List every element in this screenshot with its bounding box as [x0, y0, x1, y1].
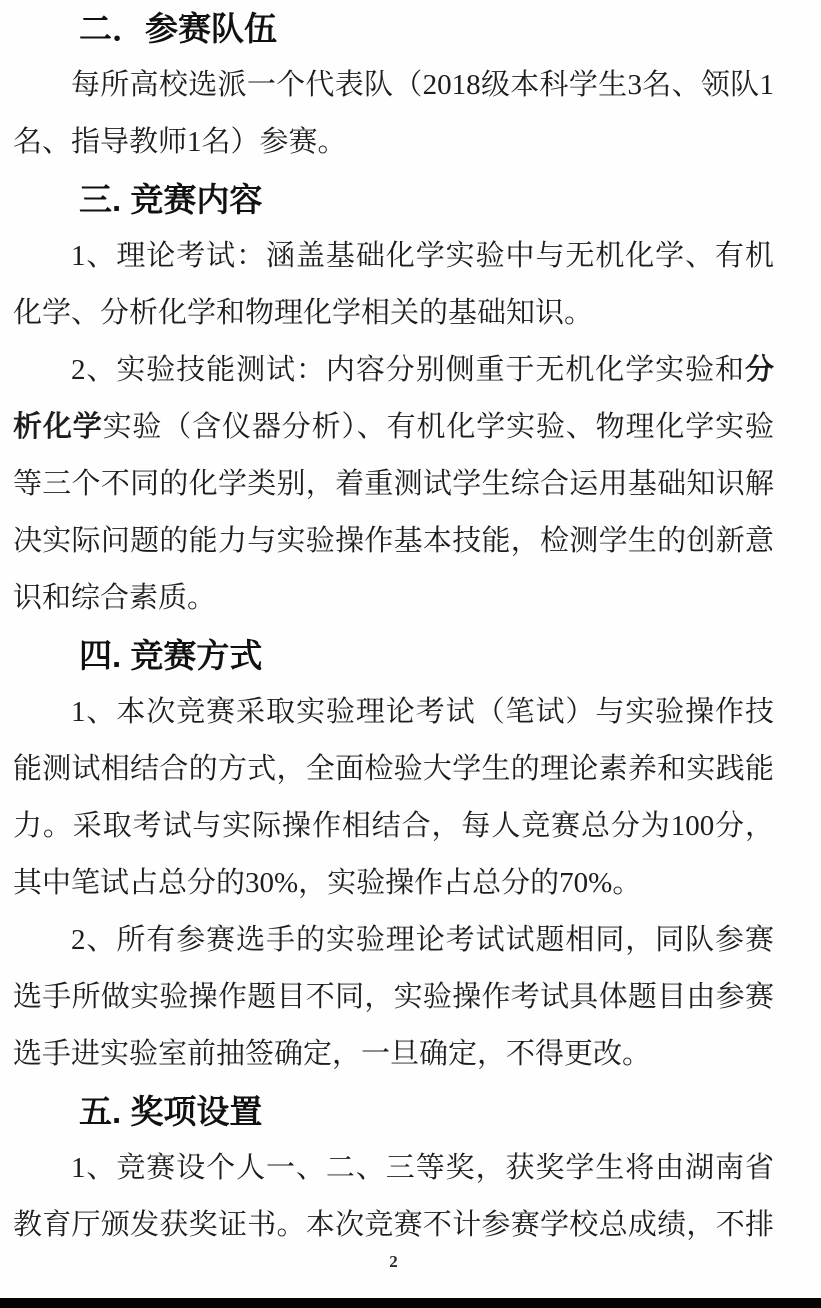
text-segment: 能测试相结合的方式，全面检验大学生的理论素养和实践能 — [13, 753, 774, 785]
text-line: 化学、分析化学和物理化学相关的基础知识。 — [13, 285, 774, 342]
text-segment: 力。采取考试与实际操作相结合，每人竞赛总分为100分， — [13, 810, 774, 842]
text-segment: 选手所做实验操作题目不同，实验操作考试具体题目由参赛 — [13, 981, 774, 1013]
text-segment: 1、竞赛设个人一、二、三等奖，获奖学生将由湖南省 — [71, 1152, 774, 1184]
text-line: 决实际问题的能力与实验操作基本技能，检测学生的创新意 — [13, 513, 774, 570]
document-page: 二．参赛队伍 每所高校选派一个代表队（2018级本科学生3名、领队1 名、指导教… — [0, 0, 821, 1308]
bold-text-segment: 分 — [745, 354, 774, 386]
page-number: 2 — [13, 1252, 774, 1272]
text-line: 1、理论考试：涵盖基础化学实验中与无机化学、有机 — [13, 228, 774, 285]
document-content: 二．参赛队伍 每所高校选派一个代表队（2018级本科学生3名、领队1 名、指导教… — [0, 0, 821, 1254]
text-line: 识和综合素质。 — [13, 570, 774, 627]
paragraph-question-assignment: 2、所有参赛选手的实验理论考试试题相同，同队参赛 选手所做实验操作题目不同，实验… — [13, 912, 774, 1083]
text-line: 其中笔试占总分的30%，实验操作占总分的70%。 — [13, 855, 774, 912]
text-segment: 2、所有参赛选手的实验理论考试试题相同，同队参赛 — [71, 924, 774, 956]
page-bottom-scan-edge — [0, 1298, 821, 1308]
heading-participating-teams: 二．参赛队伍 — [13, 0, 774, 57]
text-segment: 识和综合素质。 — [13, 582, 216, 614]
text-segment: 2、实验技能测试：内容分别侧重于无机化学实验和 — [71, 354, 745, 386]
text-line: 选手进实验室前抽签确定，一旦确定，不得更改。 — [13, 1026, 774, 1083]
text-line: 名、指导教师1名）参赛。 — [13, 114, 774, 171]
paragraph-theory-exam: 1、理论考试：涵盖基础化学实验中与无机化学、有机 化学、分析化学和物理化学相关的… — [13, 228, 774, 342]
text-line: 每所高校选派一个代表队（2018级本科学生3名、领队1 — [13, 57, 774, 114]
paragraph-team-composition: 每所高校选派一个代表队（2018级本科学生3名、领队1 名、指导教师1名）参赛。 — [13, 57, 774, 171]
text-line: 教育厅颁发获奖证书。本次竞赛不计参赛学校总成绩，不排 — [13, 1197, 774, 1254]
text-segment: 1、本次竞赛采取实验理论考试（笔试）与实验操作技 — [71, 696, 774, 728]
text-line: 1、竞赛设个人一、二、三等奖，获奖学生将由湖南省 — [13, 1140, 774, 1197]
text-segment: 1、理论考试：涵盖基础化学实验中与无机化学、有机 — [71, 240, 774, 272]
text-segment: 化学、分析化学和物理化学相关的基础知识。 — [13, 297, 593, 329]
paragraph-skill-test: 2、实验技能测试：内容分别侧重于无机化学实验和分 析化学实验（含仪器分析）、有机… — [13, 342, 774, 627]
text-segment: 名、指导教师1名）参赛。 — [13, 126, 347, 158]
text-segment: 选手进实验室前抽签确定，一旦确定，不得更改。 — [13, 1038, 651, 1070]
heading-competition-content: 三. 竞赛内容 — [13, 171, 774, 228]
paragraph-awards: 1、竞赛设个人一、二、三等奖，获奖学生将由湖南省 教育厅颁发获奖证书。本次竞赛不… — [13, 1140, 774, 1254]
heading-awards: 五. 奖项设置 — [13, 1083, 774, 1140]
paragraph-exam-format: 1、本次竞赛采取实验理论考试（笔试）与实验操作技 能测试相结合的方式，全面检验大… — [13, 684, 774, 912]
text-line: 2、所有参赛选手的实验理论考试试题相同，同队参赛 — [13, 912, 774, 969]
text-segment: 教育厅颁发获奖证书。本次竞赛不计参赛学校总成绩，不排 — [13, 1209, 774, 1241]
text-segment: 实验（含仪器分析）、有机化学实验、物理化学实验 — [103, 411, 774, 443]
text-line: 1、本次竞赛采取实验理论考试（笔试）与实验操作技 — [13, 684, 774, 741]
bold-text-segment: 析化学 — [13, 411, 103, 443]
heading-competition-format: 四. 竞赛方式 — [13, 627, 774, 684]
text-line: 力。采取考试与实际操作相结合，每人竞赛总分为100分， — [13, 798, 774, 855]
text-segment: 决实际问题的能力与实验操作基本技能，检测学生的创新意 — [13, 525, 774, 557]
text-segment: 每所高校选派一个代表队（2018级本科学生3名、领队1 — [71, 69, 774, 101]
text-line: 能测试相结合的方式，全面检验大学生的理论素养和实践能 — [13, 741, 774, 798]
text-line: 析化学实验（含仪器分析）、有机化学实验、物理化学实验 — [13, 399, 774, 456]
text-segment: 等三个不同的化学类别，着重测试学生综合运用基础知识解 — [13, 468, 774, 500]
text-segment: 其中笔试占总分的30%，实验操作占总分的70%。 — [13, 867, 641, 899]
text-line: 等三个不同的化学类别，着重测试学生综合运用基础知识解 — [13, 456, 774, 513]
text-line: 选手所做实验操作题目不同，实验操作考试具体题目由参赛 — [13, 969, 774, 1026]
text-line: 2、实验技能测试：内容分别侧重于无机化学实验和分 — [13, 342, 774, 399]
